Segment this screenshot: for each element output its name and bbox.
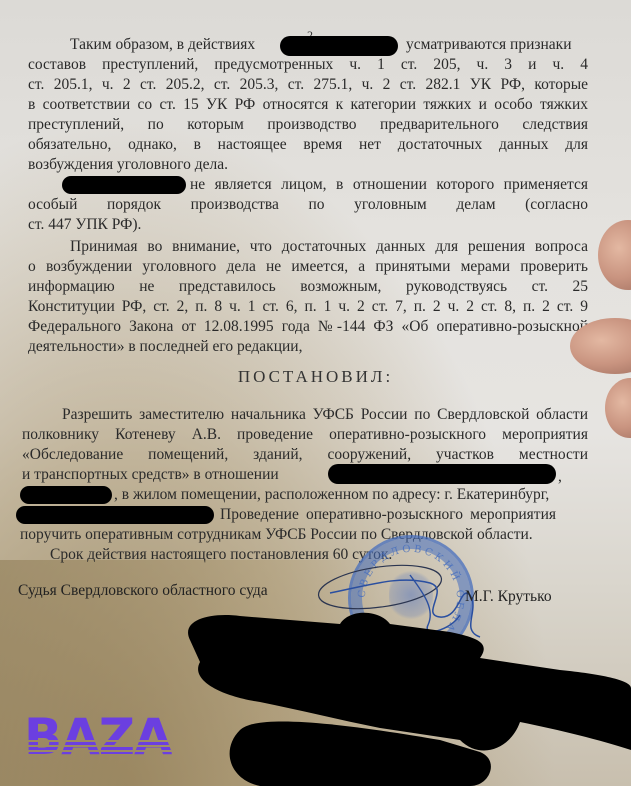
redaction (16, 506, 214, 524)
text-line: преступлений, по которым производство пр… (28, 116, 588, 134)
text-line: Принимая во внимание, что достаточных да… (70, 238, 588, 256)
text-line: составов преступлений, предусмотренных ч… (28, 56, 588, 74)
signatory-name: М.Г. Крутько (465, 588, 552, 606)
text-line: Федерального Закона от 12.08.1995 года №… (28, 318, 588, 336)
text-line: усматриваются признаки (406, 36, 572, 54)
text-line: поручить оперативным сотрудникам УФСБ Ро… (20, 526, 580, 544)
text-line: Конституции РФ, ст. 2, п. 8 ч. 1 ст. 6, … (28, 298, 588, 316)
text-line: Разрешить заместителю начальника УФСБ Ро… (62, 406, 588, 424)
baza-logo: BAZA BAZA (24, 712, 204, 762)
text-line: «Обследование помещений, зданий, сооруже… (22, 446, 588, 464)
text-line: , в жилом помещении, расположенном по ад… (114, 486, 631, 504)
text-line: возбуждения уголовного дела. (28, 156, 588, 174)
signatory-title: Судья Свердловского областного суда (18, 582, 268, 600)
text-line: о возбуждении уголовного дела не имеется… (28, 258, 588, 276)
text-line: ст. 447 УПК РФ). (28, 216, 588, 234)
text-line: информацию не представилось возможным, р… (28, 278, 588, 296)
text-line: полковнику Котеневу А.В. проведение опер… (22, 426, 588, 444)
redaction (62, 176, 186, 194)
text-line: обязательно, однако, в настоящее время н… (28, 136, 588, 154)
text-line: в соответствии со ст. 15 УК РФ относятся… (28, 96, 588, 114)
text-line: , (558, 468, 631, 486)
redaction (20, 486, 112, 504)
text-line: ст. 205.1, ч. 2 ст. 205.2, ст. 205.3, ст… (28, 76, 588, 94)
text-line: Таким образом, в действиях (70, 36, 255, 54)
text-line: особый порядок производства по уголовным… (28, 196, 588, 214)
redaction (328, 464, 556, 484)
text-line: деятельности» в последней его редакции, (28, 338, 588, 356)
redaction-blob (180, 610, 631, 786)
text-line: не является лицом, в отношении которого … (190, 176, 588, 194)
resolution-heading: ПОСТАНОВИЛ: (0, 367, 631, 387)
text-line: Проведение оперативно-розыскного меропри… (220, 506, 556, 524)
redaction (280, 36, 398, 56)
